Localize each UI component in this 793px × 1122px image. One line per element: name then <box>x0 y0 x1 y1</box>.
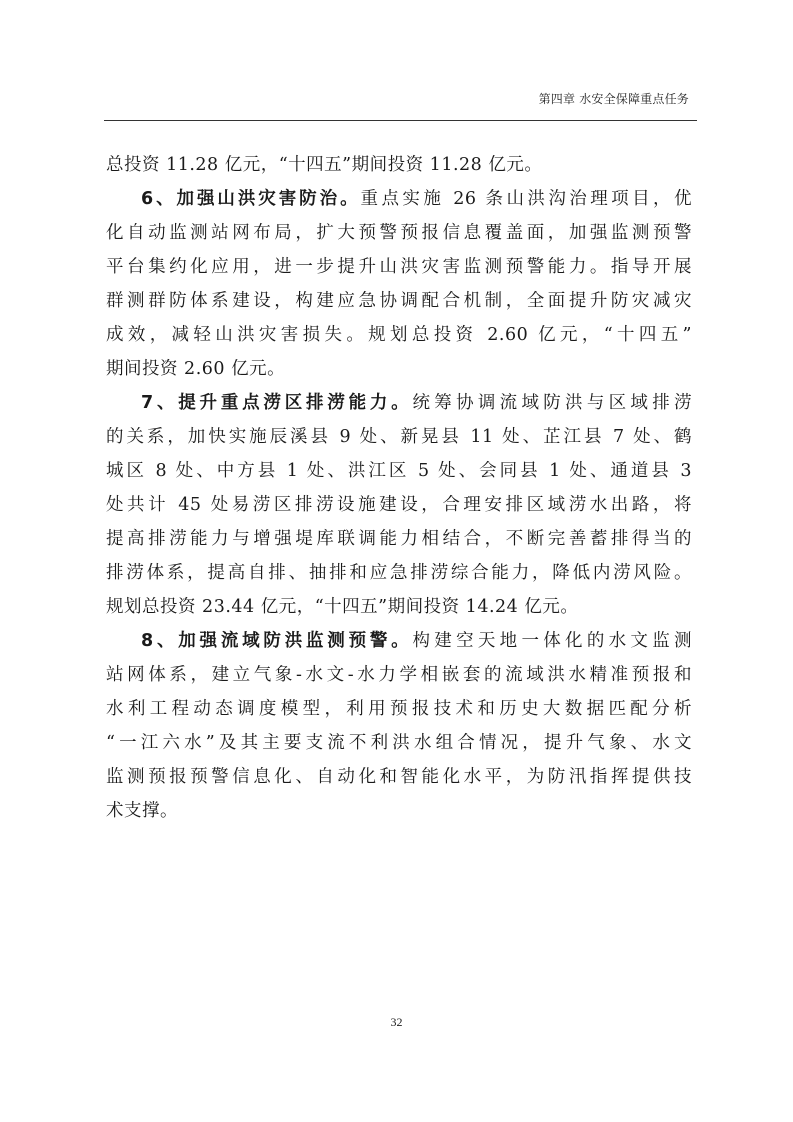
item-6-first-line: 6、加强山洪灾害防治。重点实施 26 条山洪沟治理项目，优 <box>106 182 692 216</box>
item-7-first-line: 7、提升重点涝区排涝能力。统筹协调流域防洪与区域排涝 <box>106 386 692 420</box>
paragraph-line: 平台集约化应用，进一步提升山洪灾害监测预警能力。指导开展 <box>106 250 692 284</box>
paragraph-line: 处共计 45 处易涝区排涝设施建设，合理安排区域涝水出路，将 <box>106 488 692 522</box>
header-divider <box>104 120 697 121</box>
paragraph-line: 成效，减轻山洪灾害损失。规划总投资 2.60 亿元，“十四五” <box>106 318 692 352</box>
paragraph-line: 的关系，加快实施辰溪县 9 处、新晃县 11 处、芷江县 7 处、鹤 <box>106 420 692 454</box>
paragraph-line: 术支撑。 <box>106 794 692 828</box>
paragraph-line: 站网体系，建立气象-水文-水力学相嵌套的流域洪水精准预报和 <box>106 658 692 692</box>
paragraph-line: 提高排涝能力与增强堤库联调能力相结合，不断完善蓄排得当的 <box>106 522 692 556</box>
paragraph-line: “一江六水”及其主要支流不利洪水组合情况，提升气象、水文 <box>106 726 692 760</box>
item-7-heading: 7、提升重点涝区排涝能力。 <box>141 393 412 413</box>
item-6-text: 重点实施 26 条山洪沟治理项目，优 <box>361 189 692 209</box>
item-8-text: 构建空天地一体化的水文监测 <box>412 631 692 651</box>
paragraph-line: 总投资 11.28 亿元，“十四五”期间投资 11.28 亿元。 <box>106 148 692 182</box>
item-8-heading: 8、加强流域防洪监测预警。 <box>141 631 412 651</box>
paragraph-line: 期间投资 2.60 亿元。 <box>106 352 692 386</box>
item-6-heading: 6、加强山洪灾害防治。 <box>141 189 361 209</box>
document-body: 总投资 11.28 亿元，“十四五”期间投资 11.28 亿元。 6、加强山洪灾… <box>106 148 692 828</box>
paragraph-line: 监测预报预警信息化、自动化和智能化水平，为防汛指挥提供技 <box>106 760 692 794</box>
paragraph-line: 规划总投资 23.44 亿元，“十四五”期间投资 14.24 亿元。 <box>106 590 692 624</box>
running-header-chapter-title: 第四章 水安全保障重点任务 <box>539 90 689 107</box>
paragraph-line: 城区 8 处、中方县 1 处、洪江区 5 处、会同县 1 处、通道县 3 <box>106 454 692 488</box>
paragraph-line: 化自动监测站网布局，扩大预警预报信息覆盖面，加强监测预警 <box>106 216 692 250</box>
item-7-text: 统筹协调流域防洪与区域排涝 <box>412 393 692 413</box>
paragraph-line: 群测群防体系建设，构建应急协调配合机制，全面提升防灾减灾 <box>106 284 692 318</box>
paragraph-line: 水利工程动态调度模型，利用预报技术和历史大数据匹配分析 <box>106 692 692 726</box>
page-number: 32 <box>0 1015 793 1030</box>
paragraph-line: 排涝体系，提高自排、抽排和应急排涝综合能力，降低内涝风险。 <box>106 556 692 590</box>
item-8-first-line: 8、加强流域防洪监测预警。构建空天地一体化的水文监测 <box>106 624 692 658</box>
